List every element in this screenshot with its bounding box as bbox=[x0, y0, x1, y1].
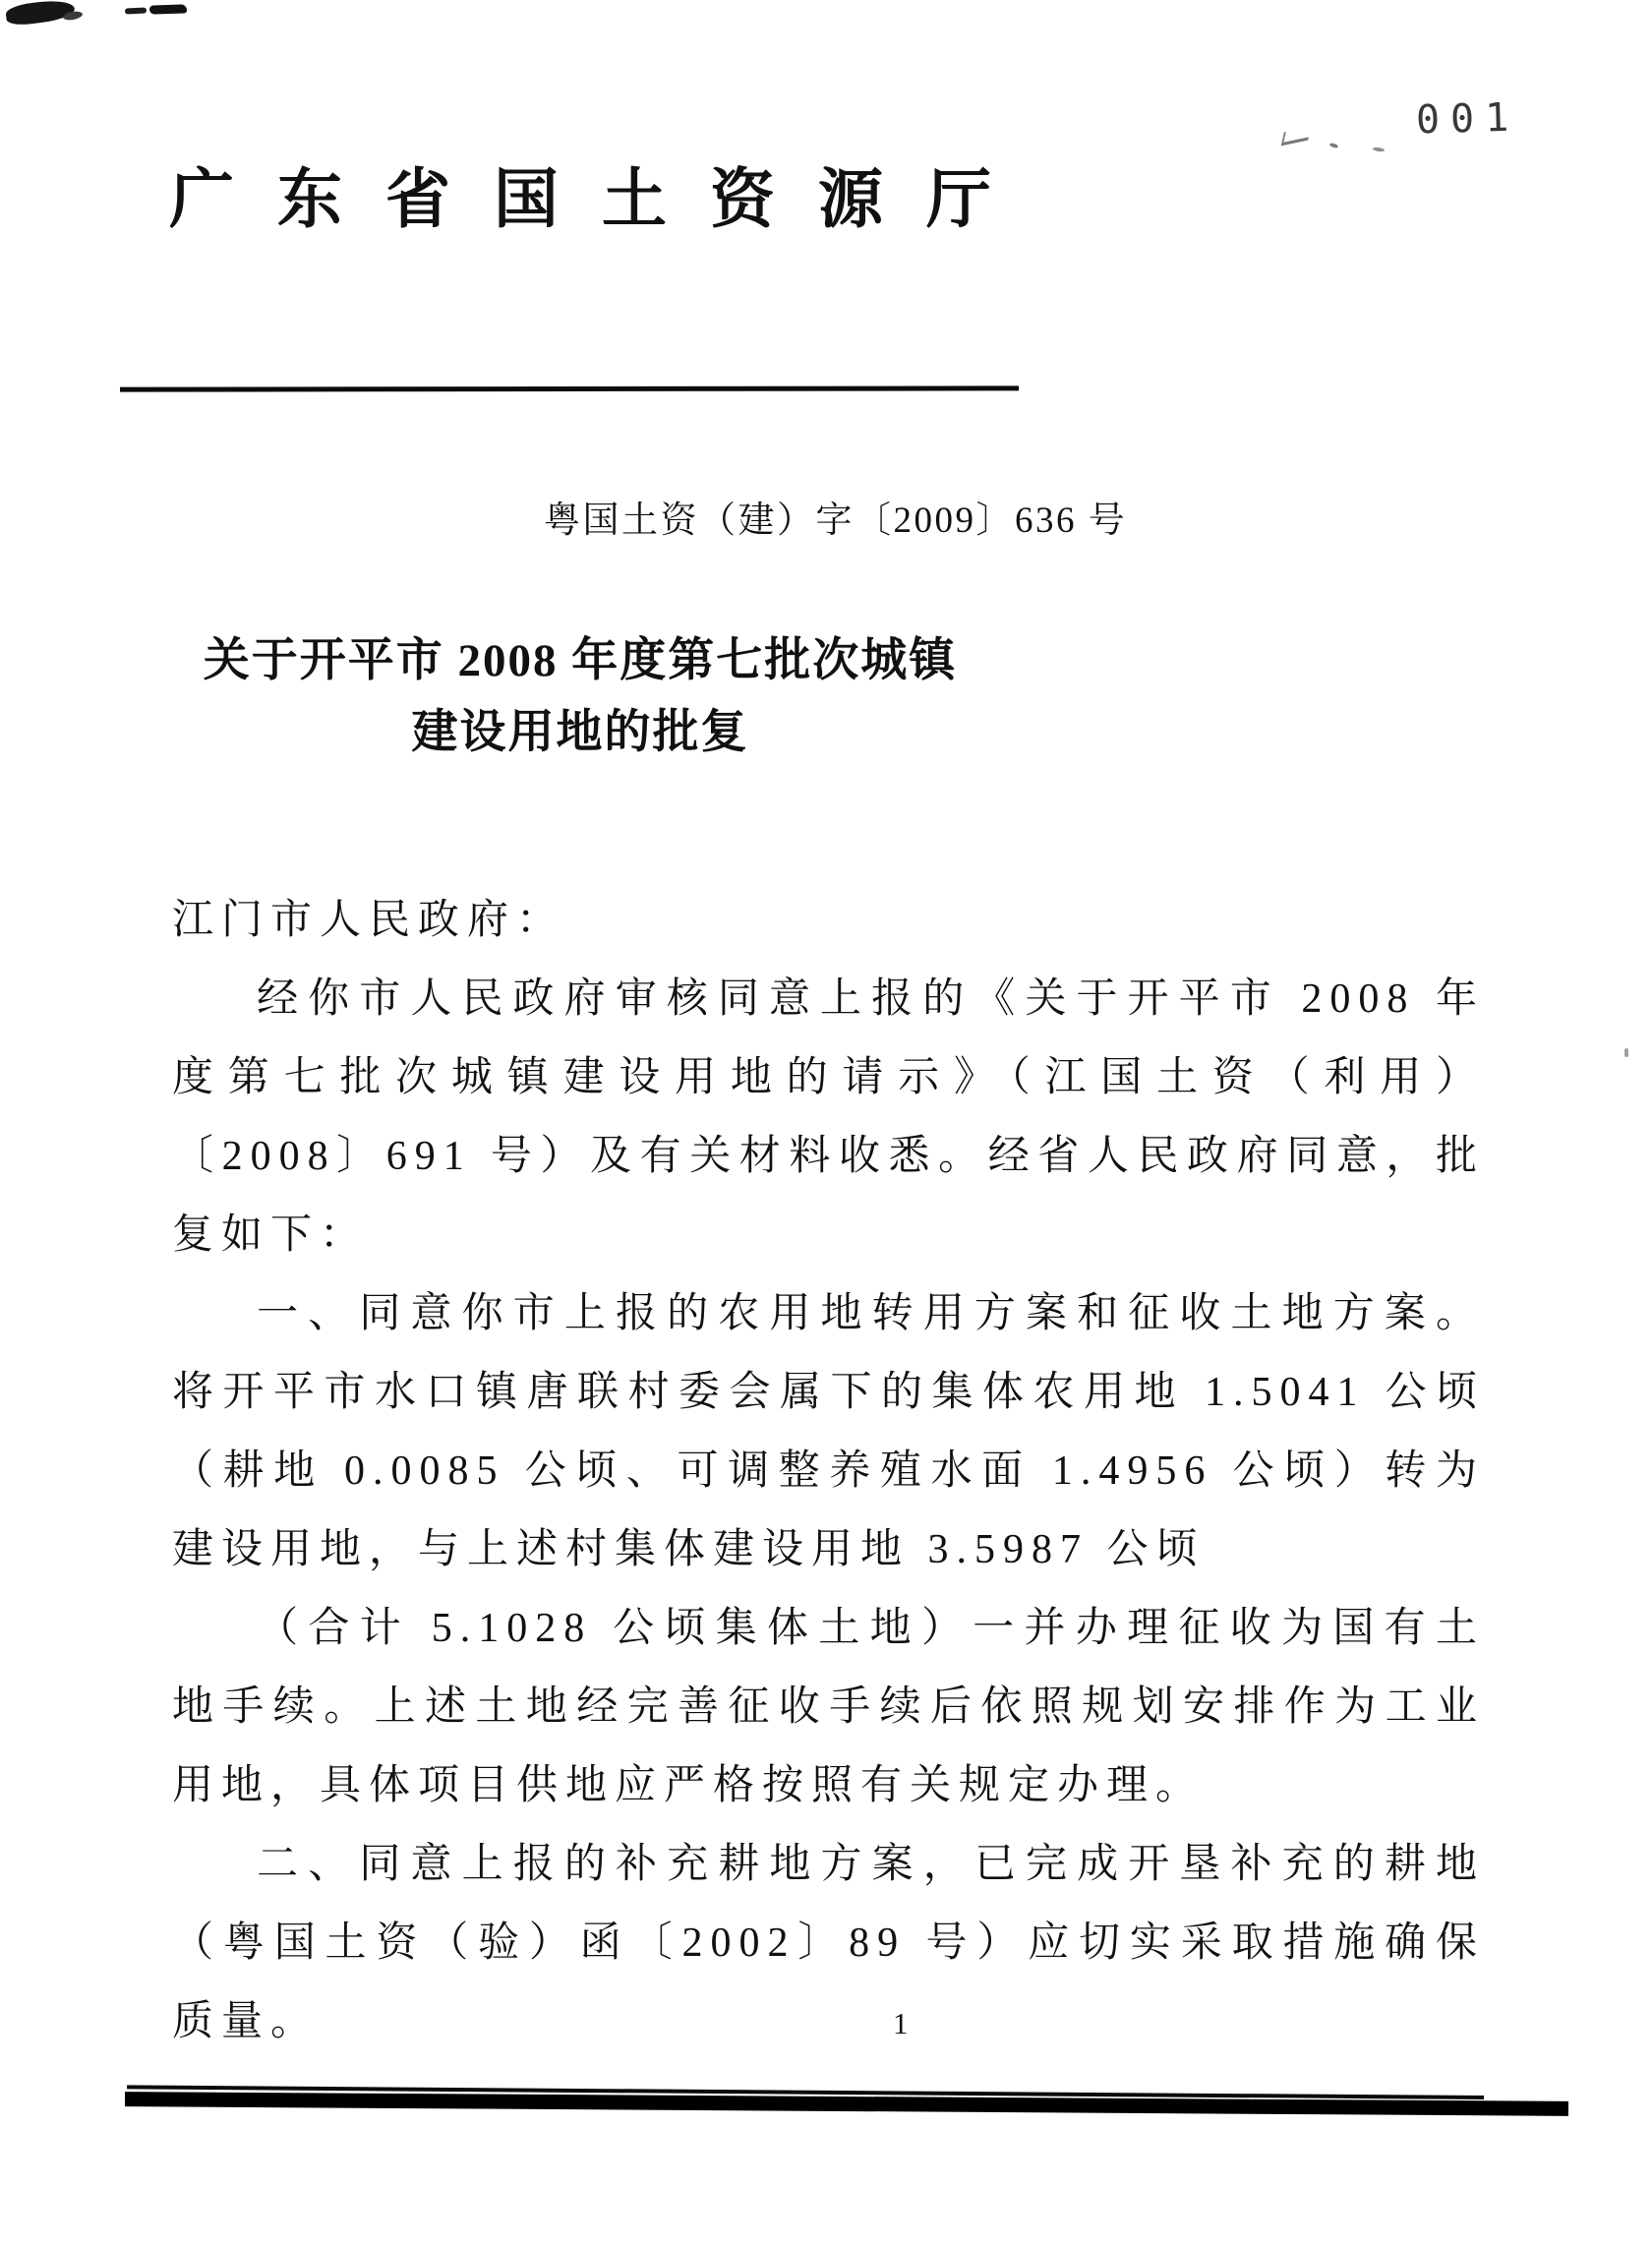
scan-artifact-dash bbox=[125, 7, 147, 14]
scan-artifact-speck bbox=[1624, 1048, 1628, 1057]
document-title: 关于开平市 2008 年度第七批次城镇 建设用地的批复 bbox=[10, 625, 1150, 769]
body-paragraph: （合计 5.1028 公顷集体土地）一并办理征收为国有土地手续。上述土地经完善征… bbox=[172, 1589, 1485, 1825]
letterhead-agency-name: 广东省国土资源厅 bbox=[169, 161, 1054, 240]
scan-artifact-pencil-scribble bbox=[1281, 127, 1312, 147]
body-paragraph: 一、同意你市上报的农用地转用方案和征收土地方案。将开平市水口镇唐联村委会属下的集… bbox=[172, 1274, 1485, 1589]
scan-artifact-bottom-bar bbox=[125, 2086, 1568, 2121]
corner-page-stamp: 001 bbox=[1415, 95, 1519, 144]
page-number: 1 bbox=[893, 2006, 909, 2041]
document-title-line1: 关于开平市 2008 年度第七批次城镇 bbox=[10, 625, 1150, 697]
document-title-line2: 建设用地的批复 bbox=[10, 697, 1150, 769]
body-paragraph: 经你市人民政府审核同意上报的《关于开平市 2008 年度第七批次城镇建设用地的请… bbox=[172, 960, 1485, 1274]
scan-artifact-pencil-dot bbox=[1329, 143, 1339, 149]
letterhead-divider-rule bbox=[120, 385, 1019, 391]
body-paragraph: 二、同意上报的补充耕地方案，已完成开垦补充的耕地（粤国土资（验）函〔2002〕8… bbox=[172, 1825, 1485, 2061]
recipient-line: 江门市人民政府： bbox=[172, 881, 1485, 960]
document-reference-number: 粤国土资（建）字〔2009〕636 号 bbox=[544, 490, 1127, 543]
scan-artifact-dash bbox=[149, 4, 187, 14]
scan-artifact-pencil-dot bbox=[1373, 147, 1385, 152]
document-body: 江门市人民政府： 经你市人民政府审核同意上报的《关于开平市 2008 年度第七批… bbox=[172, 881, 1485, 2061]
document-page: 001 广东省国土资源厅 粤国土资（建）字〔2009〕636 号 关于开平市 2… bbox=[0, 0, 1652, 2245]
